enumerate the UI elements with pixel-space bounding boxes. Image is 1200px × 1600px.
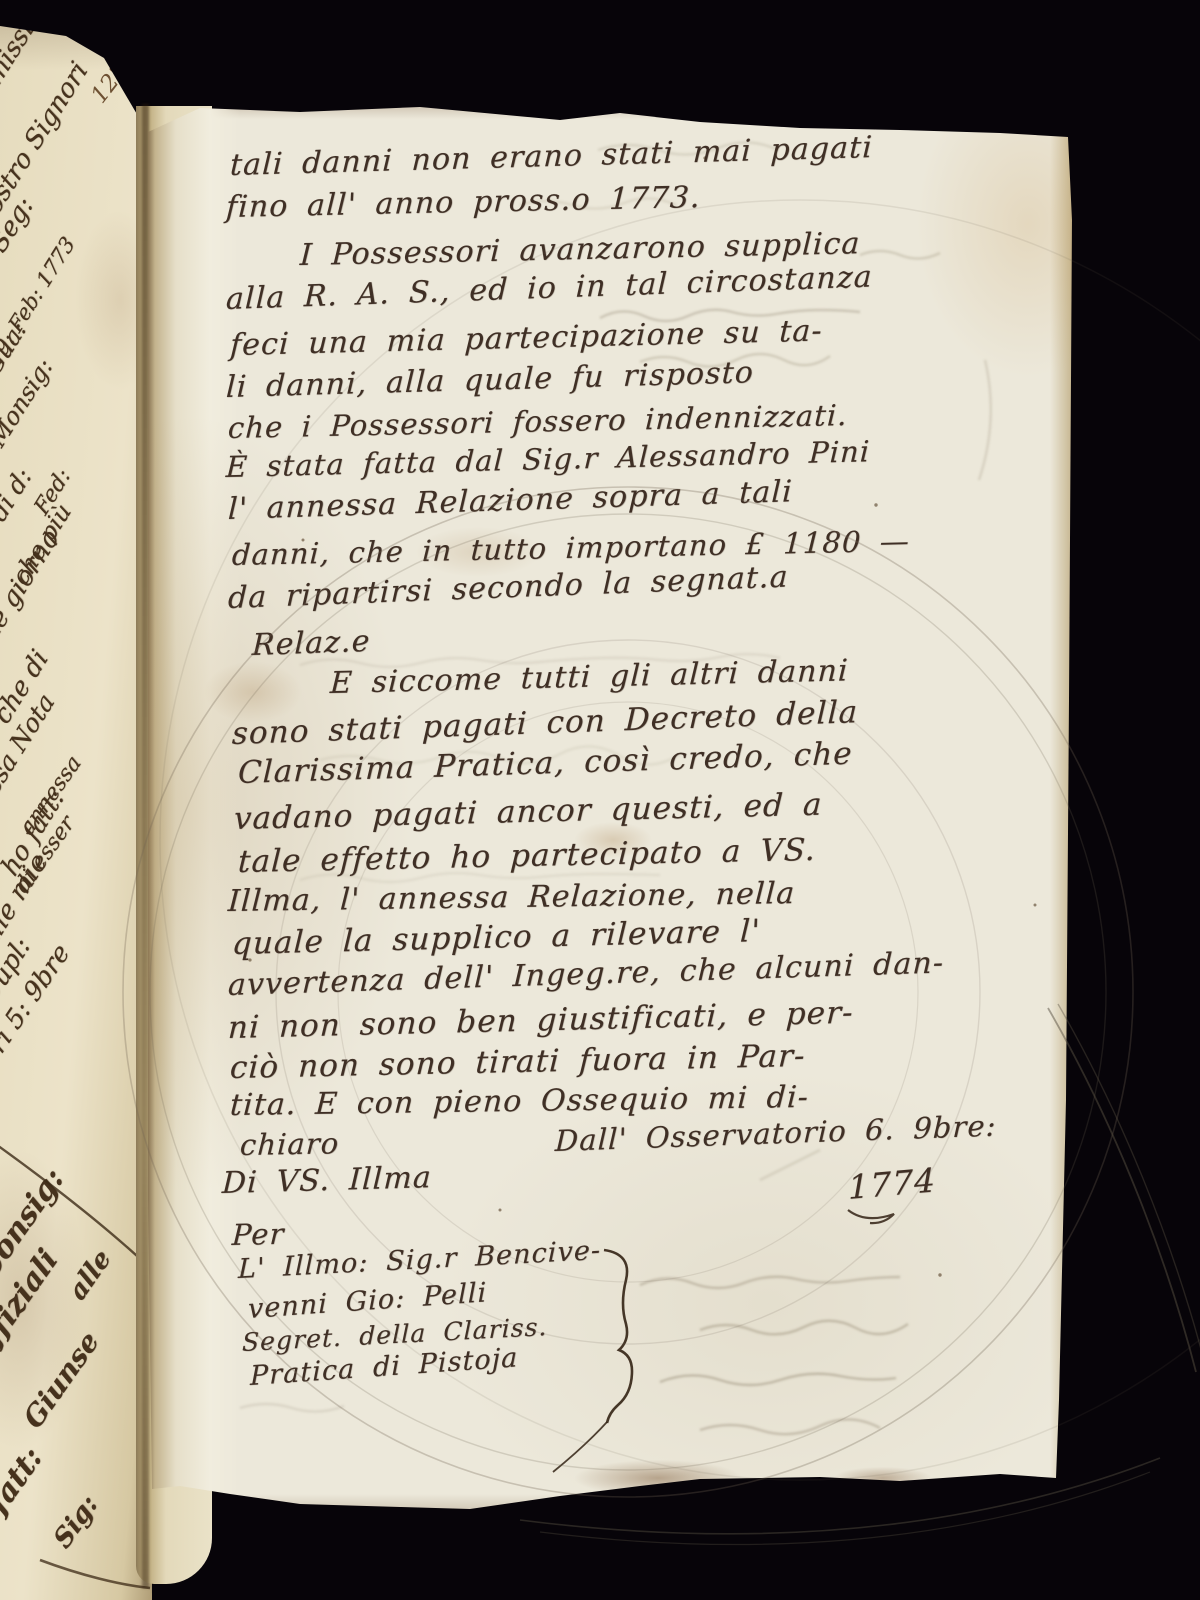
binding-crease [142, 104, 149, 1588]
left-page-flourish [0, 0, 156, 1600]
manuscript-page: Dall' Osservatorio 6. 9bre: 1774 tali da… [148, 104, 1076, 1510]
previous-page-edge: 122 Commissioninostro Signoridalla Seg:1… [0, 0, 156, 1600]
address-brace [604, 1250, 632, 1423]
photo-stage: 122 Commissioninostro Signoridalla Seg:1… [0, 0, 1200, 1600]
pen-strokes [148, 104, 1076, 1510]
year-flourish [848, 1210, 894, 1223]
address-brace-tail [553, 1422, 607, 1472]
